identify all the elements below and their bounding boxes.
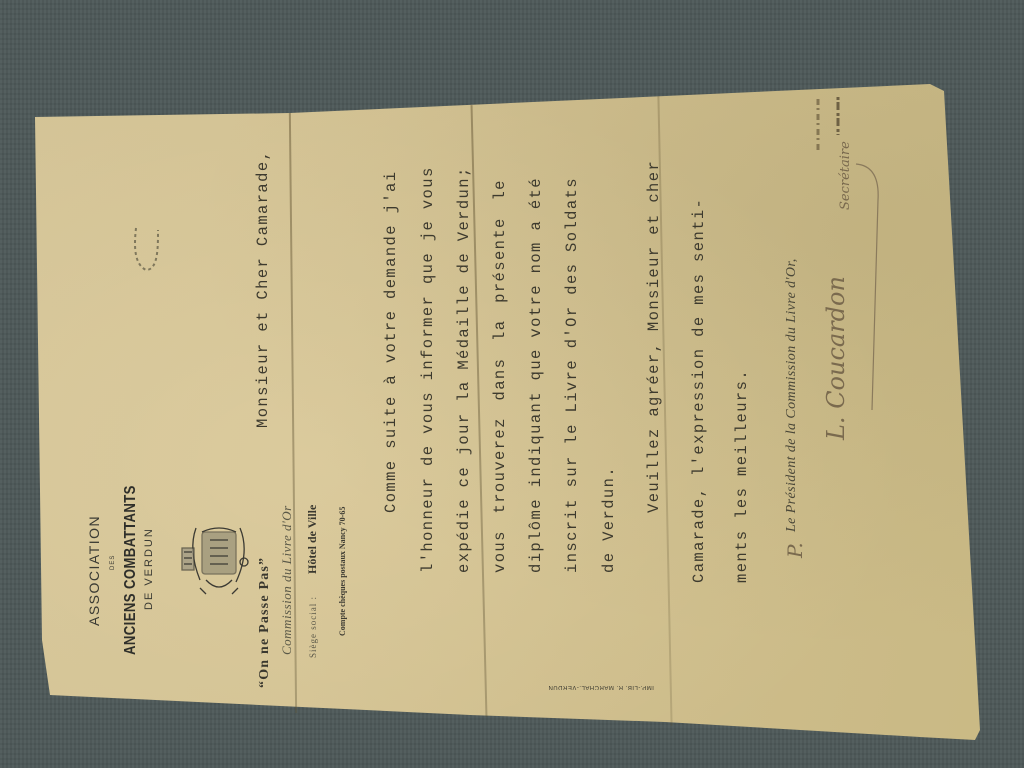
letterhead-subtitle: DE VERDUN [143, 527, 155, 610]
body-line: de Verdun. [600, 466, 618, 573]
faint-stamp-mark [128, 226, 166, 276]
handwritten-signature: L. Coucardon [822, 276, 850, 440]
postal-cheque-account: Compte chèques postaux Nancy 70-65 [338, 507, 347, 636]
closing-line: Veuillez agréer, Monsieur et cher [645, 160, 663, 513]
ink-smudge-marks [810, 95, 850, 165]
signature-printed-title: Le Président de la Commission du Livre d… [784, 258, 800, 532]
body-line: vous trouverez dans la présente le [491, 179, 509, 573]
letterhead-des: DES [110, 555, 116, 570]
body-line: inscrit sur le Livre d'Or des Soldats [563, 177, 581, 573]
siege-value: Hôtel de Ville [305, 505, 320, 574]
signature-underline-stroke [850, 160, 890, 420]
body-line: diplôme indiquant que votre nom a été [527, 177, 545, 573]
per-procuration-mark: P. [783, 542, 807, 558]
letterhead-title: ANCIENS COMBATTANTS [122, 485, 140, 655]
salutation: Monsieur et Cher Camarade, [254, 150, 272, 428]
body-line: expédie ce jour la Médaille de Verdun; [455, 166, 473, 573]
coat-of-arms-icon [170, 520, 250, 610]
body-line: l'honneur de vous informer que je vous [419, 166, 437, 573]
letterhead-commission: Commission du Livre d'Or [279, 505, 295, 655]
printer-imprint: IMP.-LIB. R. MARCHAL.-VERDUN [548, 684, 654, 690]
closing-line: ments les meilleurs. [733, 369, 751, 583]
closing-line: Camarade, l'expression de mes senti- [690, 198, 708, 583]
letterhead-motto: “On ne Passe Pas” [257, 557, 273, 688]
letterhead-association: ASSOCIATION [86, 515, 102, 626]
siege-label: Siège social : [308, 596, 318, 658]
body-line: Comme suite à votre demande j'ai [382, 171, 400, 513]
